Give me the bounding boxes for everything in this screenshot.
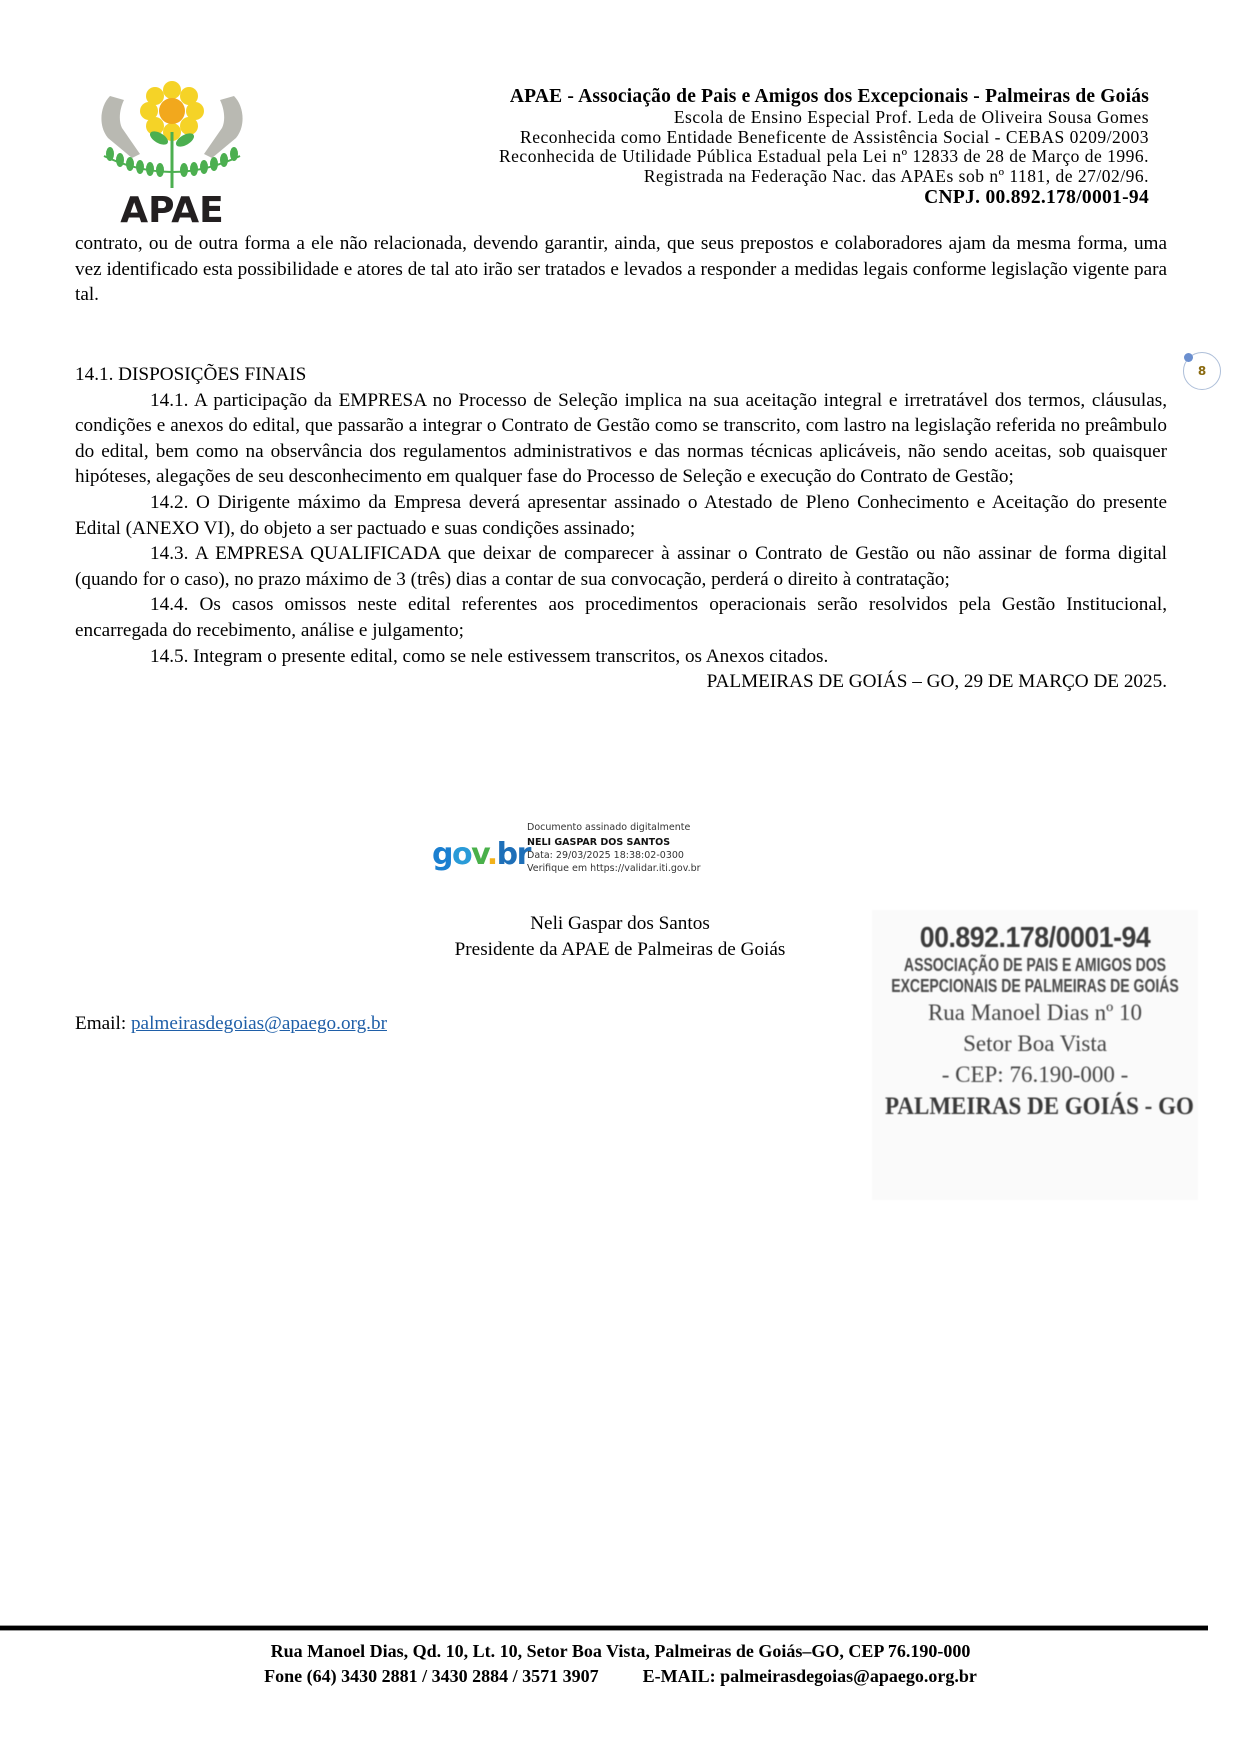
clause-14-2: 14.2. O Dirigente máximo da Empresa deve… [75,490,1167,541]
organization-cnpj: CNPJ. 00.892.178/0001-94 [499,186,1149,210]
badge-dot-icon [1184,353,1193,362]
email-label: Email: [75,1013,131,1034]
svg-text:APAE: APAE [120,190,223,226]
signature-date: Data: 29/03/2025 18:38:02-0300 [527,850,701,862]
page-number: 8 [1198,364,1206,378]
footer-divider [0,1625,1208,1631]
letterhead-line: Escola de Ensino Especial Prof. Leda de … [499,108,1149,128]
footer-address: Rua Manoel Dias, Qd. 10, Lt. 10, Setor B… [0,1639,1241,1664]
signer-block: Neli Gaspar dos Santos Presidente da APA… [400,911,840,963]
signer-name: Neli Gaspar dos Santos [400,911,840,937]
stamp-org-line: ASSOCIAÇÃO DE PAIS E AMIGOS DOS [877,955,1194,976]
apae-logo: APAE [92,76,252,226]
signature-verify: Verifique em https://validar.iti.gov.br [527,862,701,876]
footer: Rua Manoel Dias, Qd. 10, Lt. 10, Setor B… [0,1639,1241,1689]
footer-email: E-MAIL: palmeirasdegoias@apaego.org.br [643,1666,977,1686]
stamp-district: Setor Boa Vista [872,1028,1198,1059]
clause-14-4: 14.4. Os casos omissos neste edital refe… [75,592,1167,643]
date-line: PALMEIRAS DE GOIÁS – GO, 29 DE MARÇO DE … [75,669,1167,695]
stamp-cep: - CEP: 76.190-000 - [872,1059,1198,1090]
signer-role: Presidente da APAE de Palmeiras de Goiás [400,937,840,963]
stamp-street: Rua Manoel Dias nº 10 [872,997,1198,1028]
paragraph-text: contrato, ou de outra forma a ele não re… [75,231,1167,308]
stamp-cnpj: 00.892.178/0001-94 [885,922,1185,955]
stamp-org-line: EXCEPCIONAIS DE PALMEIRAS DE GOIÁS [877,976,1194,997]
clause-14-1: 14.1. A participação da EMPRESA no Proce… [75,388,1167,490]
email-line: Email: palmeirasdegoias@apaego.org.br [75,1013,387,1035]
footer-phone: Fone (64) 3430 2881 / 3430 2884 / 3571 3… [264,1666,599,1686]
signature-signer-name: NELI GASPAR DOS SANTOS [527,835,701,850]
page-number-badge: 8 [1183,352,1221,390]
section-heading: 14.1. DISPOSIÇÕES FINAIS [75,362,1167,388]
letterhead-line: Reconhecida como Entidade Beneficente de… [499,128,1149,148]
stamp-city: PALMEIRAS DE GOIÁS - GO [885,1090,1185,1124]
apae-flower-hands-icon: APAE [92,76,252,226]
organization-title: APAE - Associação de Pais e Amigos dos E… [499,86,1149,108]
email-link[interactable]: palmeirasdegoias@apaego.org.br [131,1013,387,1034]
digital-signature-info: Documento assinado digitalmente NELI GAS… [527,820,701,876]
clause-14-5: 14.5. Integram o presente edital, como s… [75,644,1167,670]
signature-label: Documento assinado digitalmente [527,820,701,835]
clause-14-3: 14.3. A EMPRESA QUALIFICADA que deixar d… [75,541,1167,592]
letterhead: APAE - Associação de Pais e Amigos dos E… [499,86,1149,210]
section-final-provisions: 14.1. DISPOSIÇÕES FINAIS 14.1. A partici… [75,362,1167,695]
letterhead-line: Reconhecida de Utilidade Pública Estadua… [499,147,1149,167]
govbr-logo: gov.br [432,837,530,872]
cnpj-stamp: 00.892.178/0001-94 ASSOCIAÇÃO DE PAIS E … [872,910,1198,1200]
letterhead-line: Registrada na Federação Nac. das APAEs s… [499,167,1149,187]
continuation-paragraph: contrato, ou de outra forma a ele não re… [75,231,1167,308]
footer-contact: Fone (64) 3430 2881 / 3430 2884 / 3571 3… [0,1664,1241,1689]
